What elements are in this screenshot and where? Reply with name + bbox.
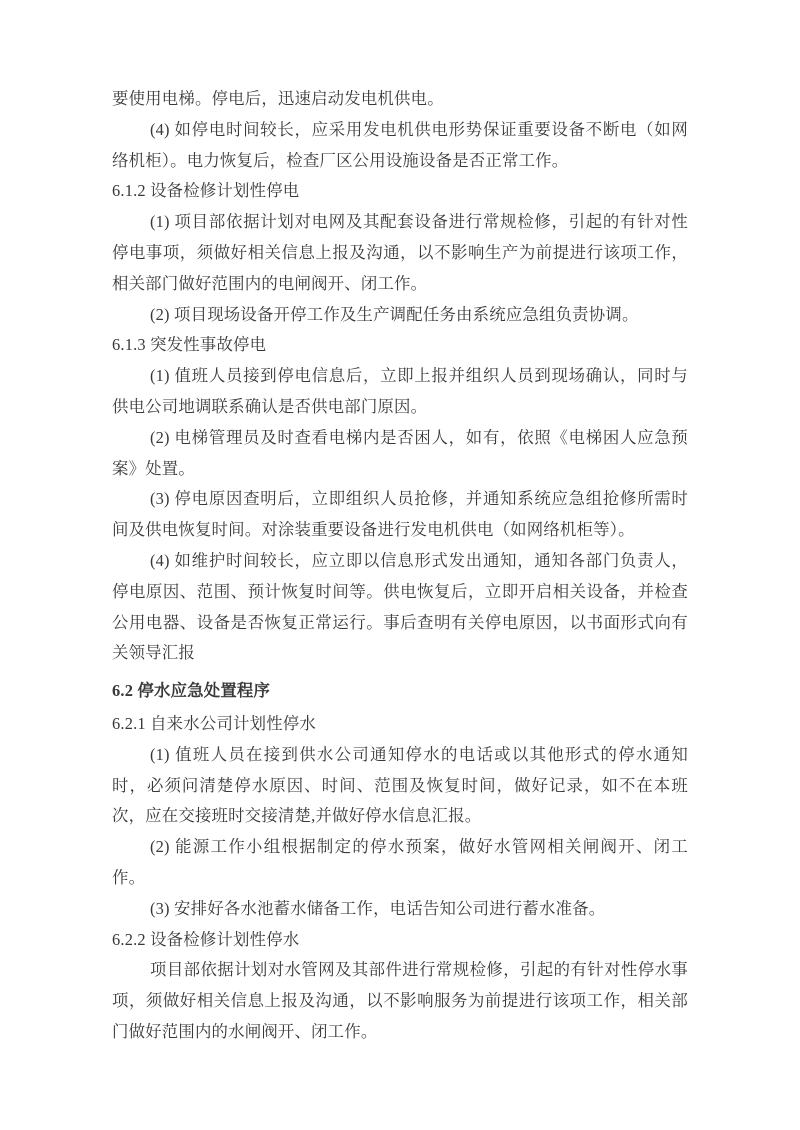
body-continuation-line: 要使用电梯。停电后，迅速启动发电机供电。 xyxy=(112,84,688,115)
paragraph-power-long-outage: (4) 如停电时间较长，应采用发电机供电形势保证重要设备不断电（如网络机柜）。电… xyxy=(112,115,688,177)
paragraph-planned-water-outage-3: (3) 安排好各水池蓄水储备工作，电话告知公司进行蓄水准备。 xyxy=(112,894,688,925)
subsection-heading-6-2-2: 6.2.2 设备检修计划性停水 xyxy=(112,925,688,956)
paragraph-sudden-outage-3: (3) 停电原因查明后，立即组织人员抢修，并通知系统应急组抢修所需时间及供电恢复… xyxy=(112,484,688,546)
subsection-heading-6-2-1: 6.2.1 自来水公司计划性停水 xyxy=(112,709,688,740)
paragraph-sudden-outage-4: (4) 如维护时间较长，应立即以信息形式发出通知，通知各部门负责人，停电原因、范… xyxy=(112,546,688,669)
paragraph-sudden-outage-2: (2) 电梯管理员及时查看电梯内是否困人，如有，依照《电梯困人应急预案》处置。 xyxy=(112,423,688,485)
paragraph-sudden-outage-1: (1) 值班人员接到停电信息后，立即上报并组织人员到现场确认，同时与供电公司地调… xyxy=(112,361,688,423)
document-page: 要使用电梯。停电后，迅速启动发电机供电。 (4) 如停电时间较长，应采用发电机供… xyxy=(0,0,800,1130)
document-content: 要使用电梯。停电后，迅速启动发电机供电。 (4) 如停电时间较长，应采用发电机供… xyxy=(112,84,688,1048)
subsection-heading-6-1-2: 6.1.2 设备检修计划性停电 xyxy=(112,176,688,207)
paragraph-planned-power-outage-2: (2) 项目现场设备开停工作及生产调配任务由系统应急组负责协调。 xyxy=(112,300,688,331)
subsection-heading-6-1-3: 6.1.3 突发性事故停电 xyxy=(112,330,688,361)
paragraph-planned-water-outage-1: (1) 值班人员在接到供水公司通知停水的电话或以其他形式的停水通知时，必须问清楚… xyxy=(112,740,688,832)
paragraph-equipment-water-outage: 项目部依据计划对水管网及其部件进行常规检修，引起的有针对性停水事项，须做好相关信… xyxy=(112,955,688,1047)
section-heading-6-2: 6.2 停水应急处置程序 xyxy=(112,676,688,707)
paragraph-planned-water-outage-2: (2) 能源工作小组根据制定的停水预案，做好水管网相关闸阀开、闭工作。 xyxy=(112,832,688,894)
paragraph-planned-power-outage-1: (1) 项目部依据计划对电网及其配套设备进行常规检修，引起的有针对性停电事项，须… xyxy=(112,207,688,299)
